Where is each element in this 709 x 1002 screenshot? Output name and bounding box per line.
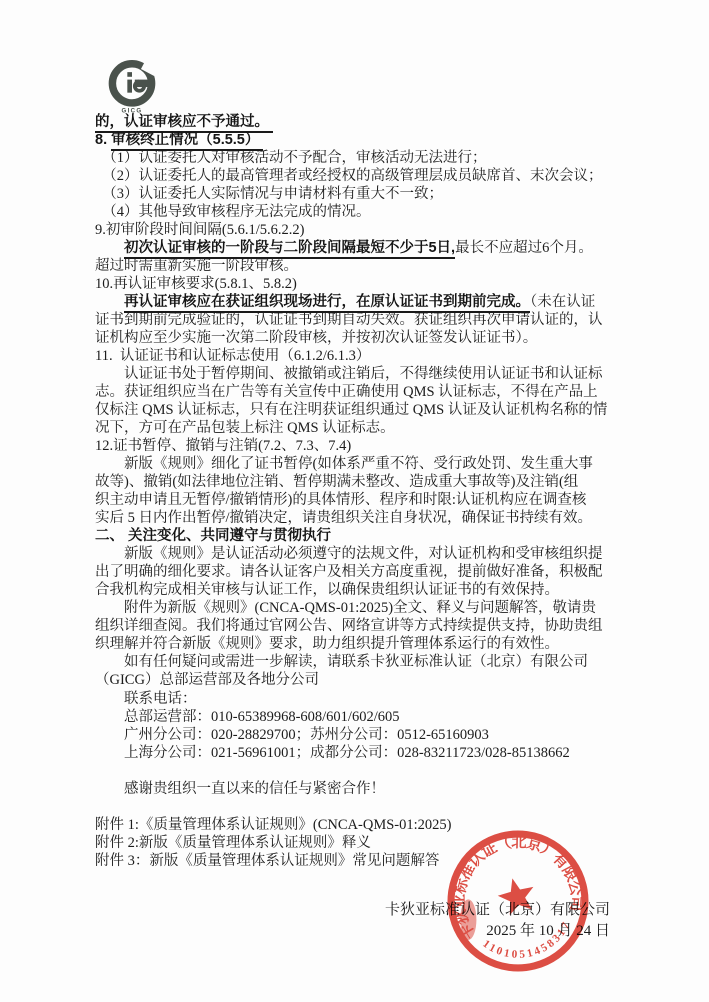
document-text-segment: 出了明确的细化要求。请各认证客户及相关方高度重视，提前做好准备，积极配 [95, 564, 603, 580]
document-text-segment: 上海分公司：021-56961001；成都分公司：028-83211723/02… [95, 745, 570, 761]
document-body: 的，认证审核应不予通过。 8. 审核终止情况（5.5.5） （1）认证委托人对审… [95, 113, 655, 870]
document-line: 如有任何疑问或需进一步解读，请联系卡狄亚标准认证（北京）有限公司 [95, 653, 655, 671]
document-line: 总部运营部：010-65389968-608/601/602/605 [95, 708, 655, 726]
document-line: 附件 2:新版《质量管理体系认证规则》释义 [95, 834, 655, 852]
document-text-segment: 10.再认证审核要求(5.8.1、5.8.2) [95, 276, 297, 292]
document-text-segment: （4）其他导致审核程序无法完成的情况。 [95, 204, 371, 220]
document-text-segment: 仅标注 QMS 认证标志，只有在注明获证组织通过 QMS 认证及认证机构名称的情 [95, 402, 607, 418]
document-text-segment: 二、 关注变化、共同遵守与贯彻执行 [95, 528, 331, 544]
document-line [95, 762, 655, 780]
document-text-segment [95, 294, 124, 310]
document-text-segment: 再认证审核应在获证组织现场进行，在原认证证书到期前完成。 [124, 294, 530, 313]
document-line: 证机构应至少实施一次第二阶段审核，并按初次认证签发认证证书）。 [95, 329, 655, 347]
document-text-segment: 8. [95, 132, 111, 148]
document-text-segment: 如有任何疑问或需进一步解读，请联系卡狄亚标准认证（北京）有限公司 [95, 654, 588, 670]
document-text-segment: 实后 5 日内作出暂停/撤销决定，请贵组织关注自身状况，确保证书持续有效。 [95, 510, 592, 526]
document-page: GICG 的，认证审核应不予通过。 8. 审核终止情况（5.5.5） （1）认证… [0, 0, 709, 1002]
document-line: 10.再认证审核要求(5.8.1、5.8.2) [95, 275, 655, 293]
document-text-segment: 11. 认证证书和认证标志使用（6.1.2/6.1.3） [95, 348, 370, 364]
document-line: 实后 5 日内作出暂停/撤销决定，请贵组织关注自身状况，确保证书持续有效。 [95, 509, 655, 527]
document-text-segment: 初次认证审核的一阶段与二阶段间隔最短不少于5日, [124, 240, 455, 259]
document-line: （3）认证委托人实际情况与申请材料有重大不一致； [95, 185, 655, 203]
document-line: 新版《规则》是认证活动必须遵守的法规文件，对认证机构和受审核组织提 [95, 545, 655, 563]
document-text-segment [95, 240, 124, 256]
document-line: 志。获证组织应当在广告等有关宣传中正确使用 QMS 认证标志，不得在产品上 [95, 383, 655, 401]
document-line: （4）其他导致审核程序无法完成的情况。 [95, 203, 655, 221]
gicg-logo-icon: GICG [104, 58, 160, 118]
document-text-segment: 超过时需重新实施一阶段审核。 [95, 258, 298, 274]
document-line: 二、 关注变化、共同遵守与贯彻执行 [95, 527, 655, 545]
document-line: 附件 3：新版《质量管理体系认证规则》常见问题解答 [95, 852, 655, 870]
document-line: 认证证书处于暂停期间、被撤销或注销后，不得继续使用认证证书和认证标 [95, 365, 655, 383]
document-text-segment: 审核终止情况（5.5.5） [111, 132, 263, 151]
document-text-segment: 证书到期前完成验证的，认证证书到期自动失效。获证组织再次申请认证的，认 [95, 312, 603, 328]
document-line: 超过时需重新实施一阶段审核。 [95, 257, 655, 275]
document-line: （GICG）总部运营部及各地分公司 [95, 671, 655, 689]
document-text-segment: 9.初审阶段时间间隔(5.6.1/5.6.2.2) [95, 222, 304, 238]
document-line: 织主动申请且无暂停/撤销情形)的具体情形、程序和时限:认证机构应在调查核 [95, 491, 655, 509]
document-line: 新版《规则》细化了证书暂停(如体系严重不符、受行政处罚、发生重大事 [95, 455, 655, 473]
document-text-segment: 合我机构完成相关审核与认证工作，以确保贵组织认证证书的有效保持。 [95, 582, 559, 598]
document-line: 合我机构完成相关审核与认证工作，以确保贵组织认证证书的有效保持。 [95, 581, 655, 599]
document-text-segment: 新版《规则》是认证活动必须遵守的法规文件，对认证机构和受审核组织提 [95, 546, 603, 562]
document-text-segment: 附件 1:《质量管理体系认证规则》(CNCA-QMS-01:2025) [95, 817, 451, 833]
document-text-segment: 组织详细查阅。我们将通过官网公告、网络宣讲等方式持续提供支持，协助贵组 [95, 618, 603, 634]
document-text-segment: 况下，方可在产品包装上标注 QMS 认证标志。 [95, 420, 395, 436]
document-line: 附件为新版《规则》(CNCA-QMS-01:2025)全文、释义与问题解答，敬请… [95, 599, 655, 617]
document-text-segment: 广州分公司：020-28829700；苏州分公司：0512-65160903 [95, 727, 489, 743]
document-line: 出了明确的细化要求。请各认证客户及相关方高度重视，提前做好准备，积极配 [95, 563, 655, 581]
document-line: 联系电话： [95, 690, 655, 708]
document-text-segment: 附件 3：新版《质量管理体系认证规则》常见问题解答 [95, 853, 439, 869]
document-text-segment: （GICG）总部运营部及各地分公司 [95, 672, 319, 688]
document-text-segment: 故等)、撤销(如法律地位注销、暂停期满未整改、造成重大事故等)及注销(组 [95, 474, 578, 490]
document-line: （1）认证委托人对审核活动不予配合，审核活动无法进行； [95, 149, 655, 167]
document-line: 感谢贵组织一直以来的信任与紧密合作！ [95, 780, 655, 798]
document-line [95, 798, 655, 816]
document-text-segment: 总部运营部：010-65389968-608/601/602/605 [95, 709, 400, 725]
document-line: （2）认证委托人的最高管理者或经授权的高级管理层成员缺席首、末次会议； [95, 167, 655, 185]
document-text-segment: 认证证书处于暂停期间、被撤销或注销后，不得继续使用认证证书和认证标 [95, 366, 603, 382]
document-text-segment: 附件为新版《规则》(CNCA-QMS-01:2025)全文、释义与问题解答，敬请… [95, 600, 596, 616]
document-line: 的，认证审核应不予通过。 [95, 113, 655, 131]
document-text-segment: 12.证书暂停、撤销与注销(7.2、7.3、7.4) [95, 438, 351, 454]
document-line: 故等)、撤销(如法律地位注销、暂停期满未整改、造成重大事故等)及注销(组 [95, 473, 655, 491]
signature-company: 卡狄亚标准认证（北京）有限公司 [385, 900, 610, 921]
document-line: 11. 认证证书和认证标志使用（6.1.2/6.1.3） [95, 347, 655, 365]
signature-date: 2025 年 10 月 24 日 [385, 921, 610, 942]
document-text-segment: 织理解并符合新版《规则》要求，助力组织提升管理体系运行的有效性。 [95, 636, 559, 652]
document-text-segment: 最长不应超过6个月。 [455, 240, 593, 256]
document-line: 12.证书暂停、撤销与注销(7.2、7.3、7.4) [95, 437, 655, 455]
document-text-segment: （2）认证委托人的最高管理者或经授权的高级管理层成员缺席首、末次会议； [95, 168, 603, 184]
document-line: 广州分公司：020-28829700；苏州分公司：0512-65160903 [95, 726, 655, 744]
document-text-segment: （3）认证委托人实际情况与申请材料有重大不一致； [95, 186, 443, 202]
document-text-segment: 志。获证组织应当在广告等有关宣传中正确使用 QMS 认证标志，不得在产品上 [95, 384, 598, 400]
document-line: 8. 审核终止情况（5.5.5） [95, 131, 655, 149]
document-text-segment: 的，认证审核应不予通过。 [95, 114, 273, 133]
document-text-segment: 新版《规则》细化了证书暂停(如体系严重不符、受行政处罚、发生重大事 [95, 456, 593, 472]
document-line: 证书到期前完成验证的，认证证书到期自动失效。获证组织再次申请认证的，认 [95, 311, 655, 329]
document-line: 9.初审阶段时间间隔(5.6.1/5.6.2.2) [95, 221, 655, 239]
document-line: 况下，方可在产品包装上标注 QMS 认证标志。 [95, 419, 655, 437]
document-text-segment: 证机构应至少实施一次第二阶段审核，并按初次认证签发认证证书）。 [95, 330, 537, 346]
signature-block: 卡狄亚标准认证（北京）有限公司 2025 年 10 月 24 日 [385, 900, 610, 942]
document-text-segment: 织主动申请且无暂停/撤销情形)的具体情形、程序和时限:认证机构应在调查核 [95, 492, 586, 508]
document-text-segment: 感谢贵组织一直以来的信任与紧密合作！ [95, 781, 385, 797]
document-line: 织理解并符合新版《规则》要求，助力组织提升管理体系运行的有效性。 [95, 635, 655, 653]
document-line: 附件 1:《质量管理体系认证规则》(CNCA-QMS-01:2025) [95, 816, 655, 834]
document-text-segment: （未在认证 [530, 294, 595, 310]
document-text-segment: （1）认证委托人对审核活动不予配合，审核活动无法进行； [95, 150, 487, 166]
document-line: 再认证审核应在获证组织现场进行，在原认证证书到期前完成。（未在认证 [95, 293, 655, 311]
document-text-segment: 附件 2:新版《质量管理体系认证规则》释义 [95, 835, 371, 851]
document-line: 组织详细查阅。我们将通过官网公告、网络宣讲等方式持续提供支持，协助贵组 [95, 617, 655, 635]
document-line: 仅标注 QMS 认证标志，只有在注明获证组织通过 QMS 认证及认证机构名称的情 [95, 401, 655, 419]
document-line: 初次认证审核的一阶段与二阶段间隔最短不少于5日,最长不应超过6个月。 [95, 239, 655, 257]
document-line: 上海分公司：021-56961001；成都分公司：028-83211723/02… [95, 744, 655, 762]
document-text-segment: 联系电话： [95, 691, 197, 707]
